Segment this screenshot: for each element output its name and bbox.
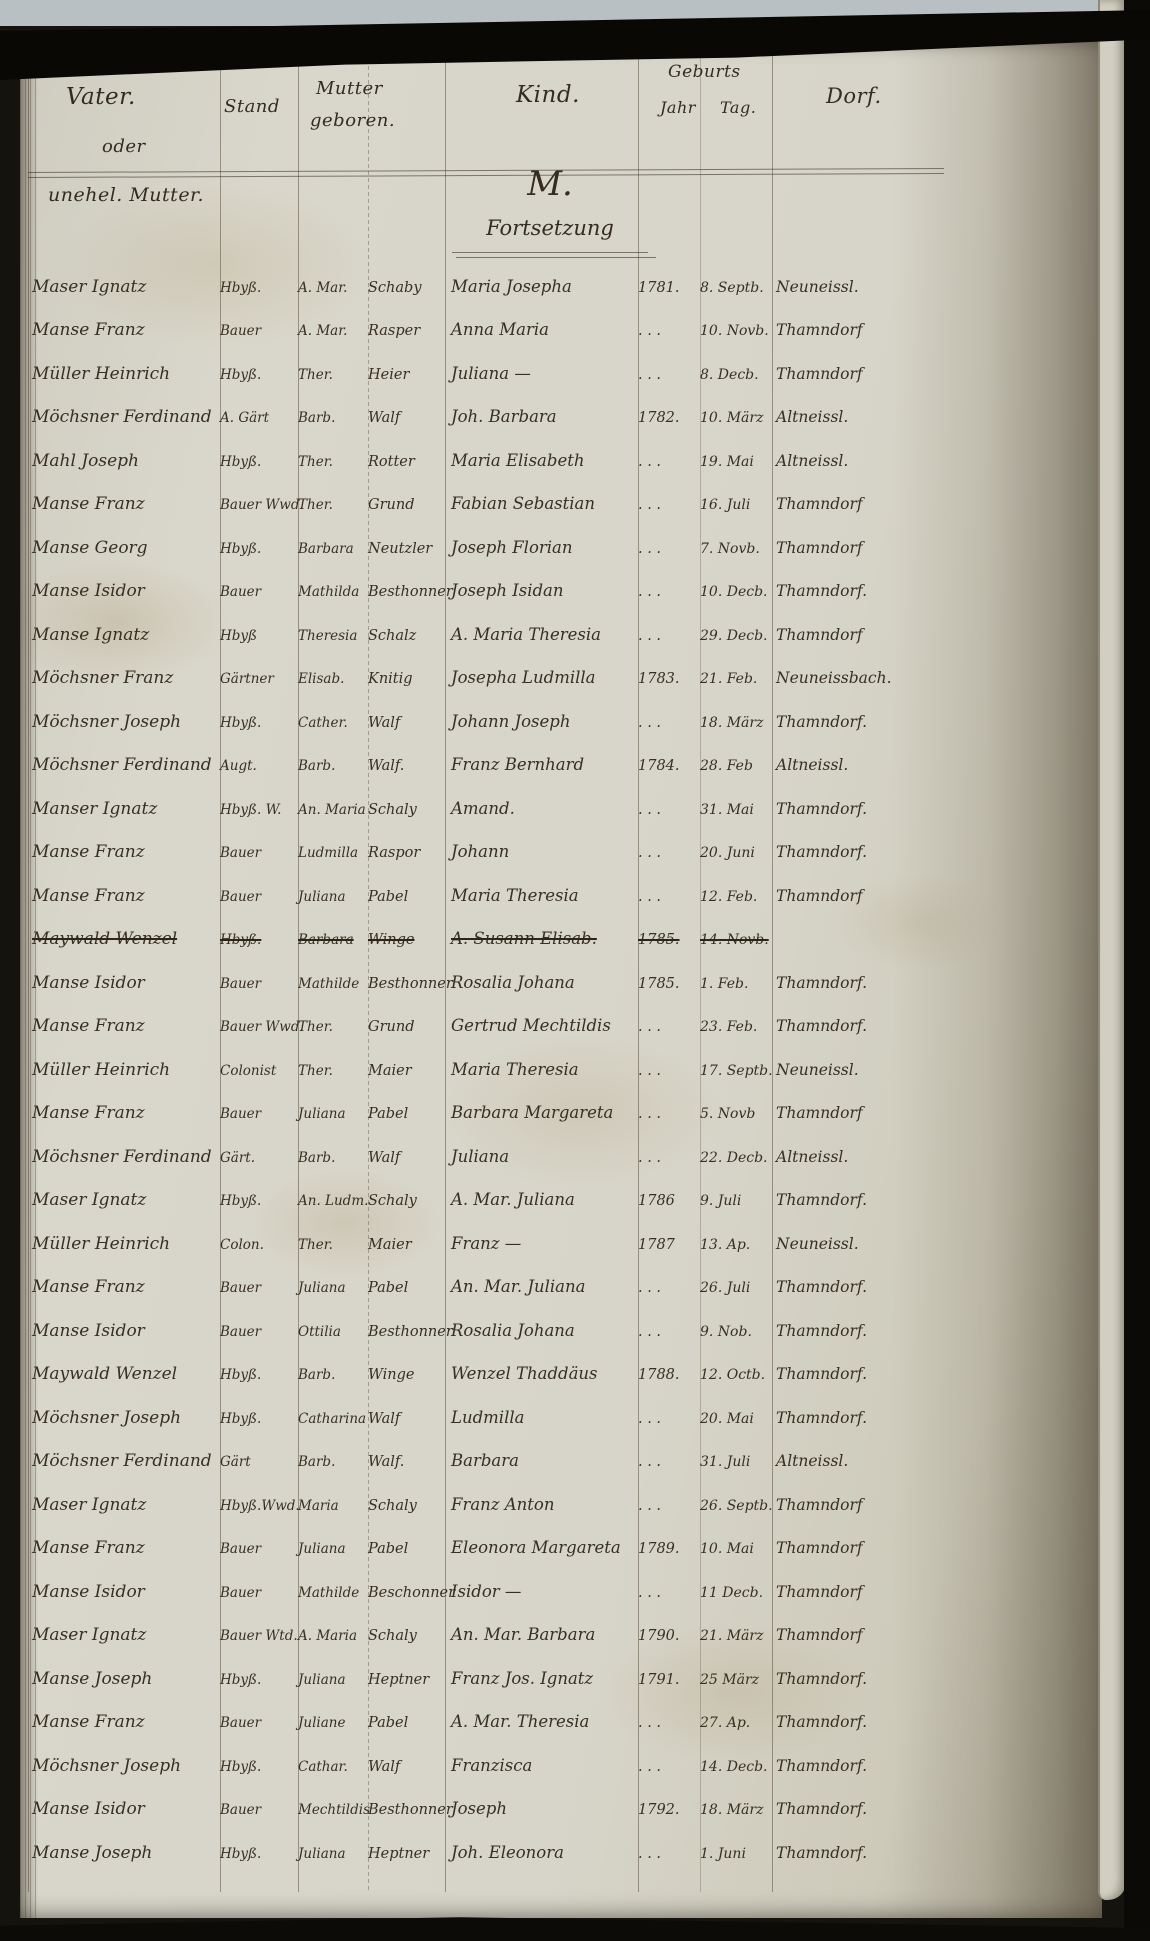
stand-cell: Colon.	[220, 1237, 298, 1253]
mother-given-cell: Juliane	[298, 1715, 368, 1731]
mother-given-cell: A. Maria	[298, 1628, 368, 1644]
register-rows: Maser IgnatzHbyß.A. Mar.SchabyMaria Jose…	[20, 276, 960, 1886]
mother-surname-cell: Rotter	[368, 454, 445, 470]
birth-day-cell: 17. Septb.	[700, 1063, 772, 1079]
father-name-cell: Maser Ignatz	[32, 1190, 220, 1210]
mother-surname-cell: Knitig	[368, 671, 445, 687]
register-row: Maser IgnatzHbyß.A. Mar.SchabyMaria Jose…	[20, 276, 960, 320]
section-underline-top	[452, 252, 648, 253]
birth-day-cell: 21. Feb.	[700, 671, 772, 687]
father-name-cell: Maywald Wenzel	[32, 1364, 220, 1384]
birth-day-cell: 10. Decb.	[700, 584, 772, 600]
mother-surname-cell: Besthonner	[368, 1802, 445, 1818]
stand-cell: A. Gärt	[220, 410, 298, 426]
child-name-cell: A. Mar. Juliana	[445, 1190, 638, 1209]
register-row: Möchsner JosephHbyß.CatharinaWalfLudmill…	[20, 1407, 960, 1451]
birth-day-cell: 8. Decb.	[700, 367, 772, 383]
stand-cell: Hbyß.	[220, 932, 298, 948]
mother-given-cell: Barb.	[298, 1367, 368, 1383]
mother-surname-cell: Neutzler	[368, 541, 445, 557]
birth-day-cell: 26. Juli	[700, 1280, 772, 1296]
mother-surname-cell: Maier	[368, 1237, 445, 1253]
child-name-cell: Franz Bernhard	[445, 755, 638, 774]
birth-year-cell: 1788.	[638, 1367, 700, 1383]
child-name-cell: Joseph Isidan	[445, 581, 638, 600]
birth-day-cell: 18. März	[700, 1802, 772, 1818]
birth-day-cell: 13. Ap.	[700, 1237, 772, 1253]
mother-given-cell: Mathilde	[298, 1585, 368, 1601]
child-name-cell: Maria Josepha	[445, 277, 638, 296]
child-name-cell: A. Mar. Theresia	[445, 1712, 638, 1731]
mother-surname-cell: Besthonner	[368, 976, 445, 992]
stand-cell: Hbyß.Wwd.	[220, 1498, 298, 1514]
father-name-cell: Manse Franz	[32, 1538, 220, 1558]
mother-surname-cell: Schaly	[368, 1628, 445, 1644]
birth-day-cell: 18. März	[700, 715, 772, 731]
register-row: Müller HeinrichHbyß.Ther.HeierJuliana —.…	[20, 363, 960, 407]
register-row: Möchsner FranzGärtnerElisab.KnitigJoseph…	[20, 668, 960, 712]
child-name-cell: Rosalia Johana	[445, 1321, 638, 1340]
child-name-cell: Franz Jos. Ignatz	[445, 1669, 638, 1688]
birth-day-cell: 25 März	[700, 1672, 772, 1688]
mother-surname-cell: Besthonner	[368, 1324, 445, 1340]
register-row: Manse JosephHbyß.JulianaHeptnerJoh. Eleo…	[20, 1842, 960, 1886]
stand-cell: Hbyß.	[220, 541, 298, 557]
child-name-cell: Johann	[445, 842, 638, 861]
header-mother-2: geboren.	[310, 110, 395, 131]
birth-year-cell: . . .	[638, 802, 700, 818]
birth-year-cell: 1784.	[638, 758, 700, 774]
mother-surname-cell: Rasper	[368, 323, 445, 339]
birth-year-cell: 1791.	[638, 1672, 700, 1688]
mother-given-cell: Barb.	[298, 1150, 368, 1166]
child-name-cell: An. Mar. Juliana	[445, 1277, 638, 1296]
stand-cell: Gärt.	[220, 1150, 298, 1166]
header-mother-1: Mutter	[316, 78, 383, 99]
birth-day-cell: 5. Novb	[700, 1106, 772, 1122]
birth-day-cell: 14. Decb.	[700, 1759, 772, 1775]
mother-given-cell: Catharina	[298, 1411, 368, 1427]
mother-given-cell: Juliana	[298, 889, 368, 905]
register-row: Möchsner FerdinandAugt.Barb.Walf.Franz B…	[20, 755, 960, 799]
mother-surname-cell: Schaly	[368, 802, 445, 818]
page-binding-edge	[20, 40, 38, 1918]
father-name-cell: Maser Ignatz	[32, 1625, 220, 1645]
mother-surname-cell: Heptner	[368, 1846, 445, 1862]
father-name-cell: Manse Isidor	[32, 1321, 220, 1341]
birth-day-cell: 23. Feb.	[700, 1019, 772, 1035]
birth-day-cell: 12. Feb.	[700, 889, 772, 905]
mother-surname-cell: Maier	[368, 1063, 445, 1079]
register-row: Manse IsidorBauerMechtildisBesthonnerJos…	[20, 1799, 960, 1843]
stand-cell: Hbyß.	[220, 1367, 298, 1383]
book-cover-right	[1124, 0, 1150, 1941]
stand-cell: Hbyß. W.	[220, 802, 298, 818]
mother-surname-cell: Walf	[368, 1150, 445, 1166]
register-row: Mahl JosephHbyß.Ther.RotterMaria Elisabe…	[20, 450, 960, 494]
stand-cell: Bauer Wtd.	[220, 1628, 298, 1644]
child-name-cell: Ludmilla	[445, 1408, 638, 1427]
birth-year-cell: . . .	[638, 1498, 700, 1514]
register-row: Manse IsidorBauerMathildeBesthonnerRosal…	[20, 972, 960, 1016]
father-name-cell: Möchsner Joseph	[32, 1756, 220, 1776]
mother-given-cell: Juliana	[298, 1280, 368, 1296]
birth-day-cell: 27. Ap.	[700, 1715, 772, 1731]
mother-surname-cell: Schaly	[368, 1193, 445, 1209]
stand-cell: Bauer	[220, 323, 298, 339]
mother-given-cell: Ther.	[298, 1237, 368, 1253]
father-name-cell: Manse Joseph	[32, 1843, 220, 1863]
register-page: Vater. oder unehel. Mutter. Stand Mutter…	[20, 40, 1102, 1918]
child-name-cell: A. Susann Elisab.	[445, 929, 638, 948]
father-name-cell: Möchsner Ferdinand	[32, 1451, 220, 1471]
birth-year-cell: 1789.	[638, 1541, 700, 1557]
stand-cell: Gärtner	[220, 671, 298, 687]
stand-cell: Hbyß.	[220, 715, 298, 731]
page-curl-shadow	[892, 40, 1102, 1918]
stand-cell: Bauer	[220, 1715, 298, 1731]
birth-day-cell: 10. März	[700, 410, 772, 426]
birth-year-cell: . . .	[638, 628, 700, 644]
child-name-cell: A. Maria Theresia	[445, 625, 638, 644]
child-name-cell: Juliana	[445, 1147, 638, 1166]
mother-given-cell: Ottilia	[298, 1324, 368, 1340]
stand-cell: Bauer	[220, 1280, 298, 1296]
birth-year-cell: . . .	[638, 845, 700, 861]
register-row: Manse FranzBauerA. Mar.RasperAnna Maria.…	[20, 320, 960, 364]
birth-day-cell: 21. März	[700, 1628, 772, 1644]
mother-surname-cell: Heier	[368, 367, 445, 383]
mother-surname-cell: Walf	[368, 1411, 445, 1427]
register-row: Manse JosephHbyß.JulianaHeptnerFranz Jos…	[20, 1668, 960, 1712]
birth-year-cell: 1792.	[638, 1802, 700, 1818]
register-row: Manse IsidorBauerOttiliaBesthonnerRosali…	[20, 1320, 960, 1364]
father-name-cell: Möchsner Joseph	[32, 1408, 220, 1428]
birth-year-cell: . . .	[638, 1715, 700, 1731]
mother-surname-cell: Walf.	[368, 1454, 445, 1470]
birth-day-cell: 10. Mai	[700, 1541, 772, 1557]
birth-day-cell: 7. Novb.	[700, 541, 772, 557]
father-name-cell: Manse Georg	[32, 538, 220, 558]
header-father-sub: unehel. Mutter.	[48, 184, 204, 206]
stand-cell: Hbyß.	[220, 1193, 298, 1209]
birth-year-cell: . . .	[638, 1063, 700, 1079]
mother-surname-cell: Pabel	[368, 1541, 445, 1557]
stand-cell: Colonist	[220, 1063, 298, 1079]
birth-day-cell: 9. Juli	[700, 1193, 772, 1209]
birth-year-cell: 1785.	[638, 932, 700, 948]
stand-cell: Bauer	[220, 1541, 298, 1557]
birth-day-cell: 28. Feb	[700, 758, 772, 774]
birth-day-cell: 20. Juni	[700, 845, 772, 861]
child-name-cell: Franz Anton	[445, 1495, 638, 1514]
stand-cell: Bauer	[220, 845, 298, 861]
stand-cell: Bauer	[220, 1802, 298, 1818]
father-name-cell: Möchsner Ferdinand	[32, 1147, 220, 1167]
child-name-cell: An. Mar. Barbara	[445, 1625, 638, 1644]
mother-given-cell: Cather.	[298, 715, 368, 731]
mother-surname-cell: Winge	[368, 932, 445, 948]
stand-cell: Bauer Wwd.	[220, 1019, 298, 1035]
mother-given-cell: Barbara	[298, 932, 368, 948]
birth-day-cell: 1. Juni	[700, 1846, 772, 1862]
mother-given-cell: Juliana	[298, 1846, 368, 1862]
stand-cell: Hbyß.	[220, 1759, 298, 1775]
father-name-cell: Mahl Joseph	[32, 451, 220, 471]
mother-surname-cell: Beschonner	[368, 1585, 445, 1601]
mother-surname-cell: Walf.	[368, 758, 445, 774]
father-name-cell: Möchsner Ferdinand	[32, 755, 220, 775]
register-row: Maser IgnatzBauer Wtd.A. MariaSchalyAn. …	[20, 1625, 960, 1669]
stand-cell: Bauer	[220, 976, 298, 992]
mother-surname-cell: Heptner	[368, 1672, 445, 1688]
child-name-cell: Anna Maria	[445, 320, 638, 339]
child-name-cell: Barbara Margareta	[445, 1103, 638, 1122]
mother-given-cell: Maria	[298, 1498, 368, 1514]
father-name-cell: Manse Isidor	[32, 1582, 220, 1602]
father-name-cell: Möchsner Joseph	[32, 712, 220, 732]
mother-given-cell: Theresia	[298, 628, 368, 644]
child-name-cell: Joseph	[445, 1799, 638, 1818]
birth-day-cell: 20. Mai	[700, 1411, 772, 1427]
child-name-cell: Juliana —	[445, 364, 638, 383]
mother-surname-cell: Grund	[368, 1019, 445, 1035]
birth-year-cell: 1787	[638, 1237, 700, 1253]
birth-year-cell: . . .	[638, 497, 700, 513]
child-name-cell: Rosalia Johana	[445, 973, 638, 992]
father-name-cell: Manse Franz	[32, 1016, 220, 1036]
birth-day-cell: 31. Mai	[700, 802, 772, 818]
stand-cell: Hbyß.	[220, 1846, 298, 1862]
register-row: Manse IgnatzHbyßTheresiaSchalzA. Maria T…	[20, 624, 960, 668]
birth-year-cell: . . .	[638, 889, 700, 905]
register-row: Manse FranzBauerJulianaPabelBarbara Marg…	[20, 1103, 960, 1147]
birth-day-cell: 12. Octb.	[700, 1367, 772, 1383]
mother-surname-cell: Grund	[368, 497, 445, 513]
birth-year-cell: . . .	[638, 323, 700, 339]
register-row: Manse FranzBauerJulianaPabelMaria Theres…	[20, 885, 960, 929]
section-label: Fortsetzung	[445, 216, 655, 240]
father-name-cell: Manse Isidor	[32, 973, 220, 993]
birth-year-cell: . . .	[638, 1106, 700, 1122]
birth-year-cell: . . .	[638, 1150, 700, 1166]
birth-day-cell: 1. Feb.	[700, 976, 772, 992]
child-name-cell: Franzisca	[445, 1756, 638, 1775]
father-name-cell: Müller Heinrich	[32, 1234, 220, 1254]
header-birth-day: Tag.	[720, 98, 756, 117]
birth-year-cell: . . .	[638, 584, 700, 600]
birth-year-cell: . . .	[638, 1759, 700, 1775]
birth-year-cell: 1782.	[638, 410, 700, 426]
father-name-cell: Müller Heinrich	[32, 1060, 220, 1080]
father-name-cell: Manse Isidor	[32, 581, 220, 601]
register-row: Manse FranzBauerJulianaPabelEleonora Mar…	[20, 1538, 960, 1582]
birth-day-cell: 14. Novb.	[700, 932, 772, 948]
header-father-conj: oder	[102, 136, 146, 157]
child-name-cell: Fabian Sebastian	[445, 494, 638, 513]
birth-year-cell: . . .	[638, 1454, 700, 1470]
register-row: Maser IgnatzHbyß.An. Ludm.SchalyA. Mar. …	[20, 1190, 960, 1234]
father-name-cell: Maser Ignatz	[32, 277, 220, 297]
stand-cell: Hbyß.	[220, 1672, 298, 1688]
mother-given-cell: An. Ludm.	[298, 1193, 368, 1209]
register-row: Manser IgnatzHbyß. W.An. MariaSchalyAman…	[20, 798, 960, 842]
father-name-cell: Manser Ignatz	[32, 799, 220, 819]
mother-surname-cell: Pabel	[368, 1106, 445, 1122]
birth-year-cell: 1790.	[638, 1628, 700, 1644]
register-row: Möchsner JosephHbyß.Cather.WalfJohann Jo…	[20, 711, 960, 755]
header-stand: Stand	[224, 96, 280, 117]
mother-given-cell: Mathilda	[298, 584, 368, 600]
father-name-cell: Manse Ignatz	[32, 625, 220, 645]
register-row: Maywald WenzelHbyß.BarbaraWingeA. Susann…	[20, 929, 960, 973]
mother-given-cell: Ther.	[298, 367, 368, 383]
stand-cell: Gärt	[220, 1454, 298, 1470]
father-name-cell: Manse Joseph	[32, 1669, 220, 1689]
mother-surname-cell: Schaby	[368, 280, 445, 296]
stand-cell: Hbyß.	[220, 280, 298, 296]
birth-day-cell: 26. Septb.	[700, 1498, 772, 1514]
mother-given-cell: Ther.	[298, 1063, 368, 1079]
mother-surname-cell: Pabel	[368, 1280, 445, 1296]
birth-day-cell: 9. Nob.	[700, 1324, 772, 1340]
mother-given-cell: Ther.	[298, 454, 368, 470]
father-name-cell: Manse Franz	[32, 1277, 220, 1297]
stand-cell: Augt.	[220, 758, 298, 774]
child-name-cell: Franz —	[445, 1234, 638, 1253]
register-row: Manse FranzBauerJulianePabelA. Mar. Ther…	[20, 1712, 960, 1756]
child-name-cell: Maria Elisabeth	[445, 451, 638, 470]
register-row: Manse IsidorBauerMathildaBesthonnerJosep…	[20, 581, 960, 625]
register-row: Möchsner JosephHbyß.Cathar.WalfFranzisca…	[20, 1755, 960, 1799]
birth-year-cell: . . .	[638, 1846, 700, 1862]
register-row: Möchsner FerdinandGärtBarb.Walf.Barbara.…	[20, 1451, 960, 1495]
mother-given-cell: Cathar.	[298, 1759, 368, 1775]
birth-day-cell: 29. Decb.	[700, 628, 772, 644]
header-father: Vater.	[66, 84, 136, 110]
birth-year-cell: 1783.	[638, 671, 700, 687]
mother-given-cell: An. Maria	[298, 802, 368, 818]
child-name-cell: Maria Theresia	[445, 886, 638, 905]
register-row: Manse FranzBauerJulianaPabelAn. Mar. Jul…	[20, 1277, 960, 1321]
register-row: Manse IsidorBauerMathildeBeschonnerIsido…	[20, 1581, 960, 1625]
mother-given-cell: Ludmilla	[298, 845, 368, 861]
birth-year-cell: . . .	[638, 715, 700, 731]
child-name-cell: Barbara	[445, 1451, 638, 1470]
mother-given-cell: Barbara	[298, 541, 368, 557]
birth-year-cell: . . .	[638, 1280, 700, 1296]
section-underline-bottom	[456, 257, 656, 258]
birth-year-cell: 1781.	[638, 280, 700, 296]
birth-day-cell: 31. Juli	[700, 1454, 772, 1470]
mother-given-cell: Ther.	[298, 497, 368, 513]
birth-year-cell: 1786	[638, 1193, 700, 1209]
mother-given-cell: Ther.	[298, 1019, 368, 1035]
father-name-cell: Manse Franz	[32, 1712, 220, 1732]
father-name-cell: Manse Franz	[32, 1103, 220, 1123]
birth-year-cell: . . .	[638, 1324, 700, 1340]
birth-day-cell: 22. Decb.	[700, 1150, 772, 1166]
father-name-cell: Möchsner Franz	[32, 668, 220, 688]
register-row: Manse FranzBauer Wwd.Ther.GrundGertrud M…	[20, 1016, 960, 1060]
mother-surname-cell: Raspor	[368, 845, 445, 861]
stand-cell: Bauer	[220, 1324, 298, 1340]
register-row: Möchsner FerdinandA. GärtBarb.WalfJoh. B…	[20, 407, 960, 451]
child-name-cell: Joh. Barbara	[445, 407, 638, 426]
child-name-cell: Maria Theresia	[445, 1060, 638, 1079]
mother-surname-cell: Walf	[368, 410, 445, 426]
stand-cell: Bauer Wwd.	[220, 497, 298, 513]
child-name-cell: Joseph Florian	[445, 538, 638, 557]
register-row: Müller HeinrichColonistTher.MaierMaria T…	[20, 1059, 960, 1103]
section-letter: M.	[450, 164, 650, 204]
mother-given-cell: Juliana	[298, 1541, 368, 1557]
header-village: Dorf.	[826, 84, 882, 108]
register-row: Manse FranzBauerLudmillaRasporJohann. . …	[20, 842, 960, 886]
stand-cell: Hbyß.	[220, 1411, 298, 1427]
birth-year-cell: . . .	[638, 367, 700, 383]
birth-day-cell: 10. Novb.	[700, 323, 772, 339]
mother-given-cell: A. Mar.	[298, 280, 368, 296]
mother-given-cell: A. Mar.	[298, 323, 368, 339]
child-name-cell: Wenzel Thaddäus	[445, 1364, 638, 1383]
child-name-cell: Johann Joseph	[445, 712, 638, 731]
child-name-cell: Gertrud Mechtildis	[445, 1016, 638, 1035]
mother-given-cell: Mathilde	[298, 976, 368, 992]
mother-surname-cell: Walf	[368, 715, 445, 731]
birth-day-cell: 8. Septb.	[700, 280, 772, 296]
mother-given-cell: Barb.	[298, 758, 368, 774]
mother-given-cell: Juliana	[298, 1106, 368, 1122]
register-row: Müller HeinrichColon.Ther.MaierFranz —17…	[20, 1233, 960, 1277]
stand-cell: Bauer	[220, 889, 298, 905]
mother-given-cell: Barb.	[298, 1454, 368, 1470]
stand-cell: Bauer	[220, 1106, 298, 1122]
birth-day-cell: 11 Decb.	[700, 1585, 772, 1601]
mother-surname-cell: Pabel	[368, 889, 445, 905]
father-name-cell: Manse Franz	[32, 320, 220, 340]
mother-surname-cell: Pabel	[368, 1715, 445, 1731]
father-name-cell: Möchsner Ferdinand	[32, 407, 220, 427]
birth-day-cell: 19. Mai	[700, 454, 772, 470]
next-page-edge	[1098, 0, 1126, 1900]
child-name-cell: Eleonora Margareta	[445, 1538, 638, 1557]
child-name-cell: Amand.	[445, 799, 638, 818]
mother-given-cell: Juliana	[298, 1672, 368, 1688]
mother-surname-cell: Walf	[368, 1759, 445, 1775]
stand-cell: Hbyß	[220, 628, 298, 644]
child-name-cell: Joh. Eleonora	[445, 1843, 638, 1862]
register-row: Maser IgnatzHbyß.Wwd.MariaSchalyFranz An…	[20, 1494, 960, 1538]
birth-day-cell: 16. Juli	[700, 497, 772, 513]
register-row: Maywald WenzelHbyß.Barb.WingeWenzel Thad…	[20, 1364, 960, 1408]
birth-year-cell: 1785.	[638, 976, 700, 992]
mother-surname-cell: Schalz	[368, 628, 445, 644]
birth-year-cell: . . .	[638, 1411, 700, 1427]
stand-cell: Bauer	[220, 1585, 298, 1601]
register-row: Manse GeorgHbyß.BarbaraNeutzlerJoseph Fl…	[20, 537, 960, 581]
scanned-register-photo: Vater. oder unehel. Mutter. Stand Mutter…	[0, 0, 1150, 1941]
mother-given-cell: Barb.	[298, 410, 368, 426]
father-name-cell: Manse Isidor	[32, 1799, 220, 1819]
stand-cell: Hbyß.	[220, 454, 298, 470]
child-name-cell: Josepha Ludmilla	[445, 668, 638, 687]
stand-cell: Hbyß.	[220, 367, 298, 383]
father-name-cell: Manse Franz	[32, 842, 220, 862]
mother-given-cell: Mechtildis	[298, 1802, 368, 1818]
mother-surname-cell: Besthonner	[368, 584, 445, 600]
mother-given-cell: Elisab.	[298, 671, 368, 687]
